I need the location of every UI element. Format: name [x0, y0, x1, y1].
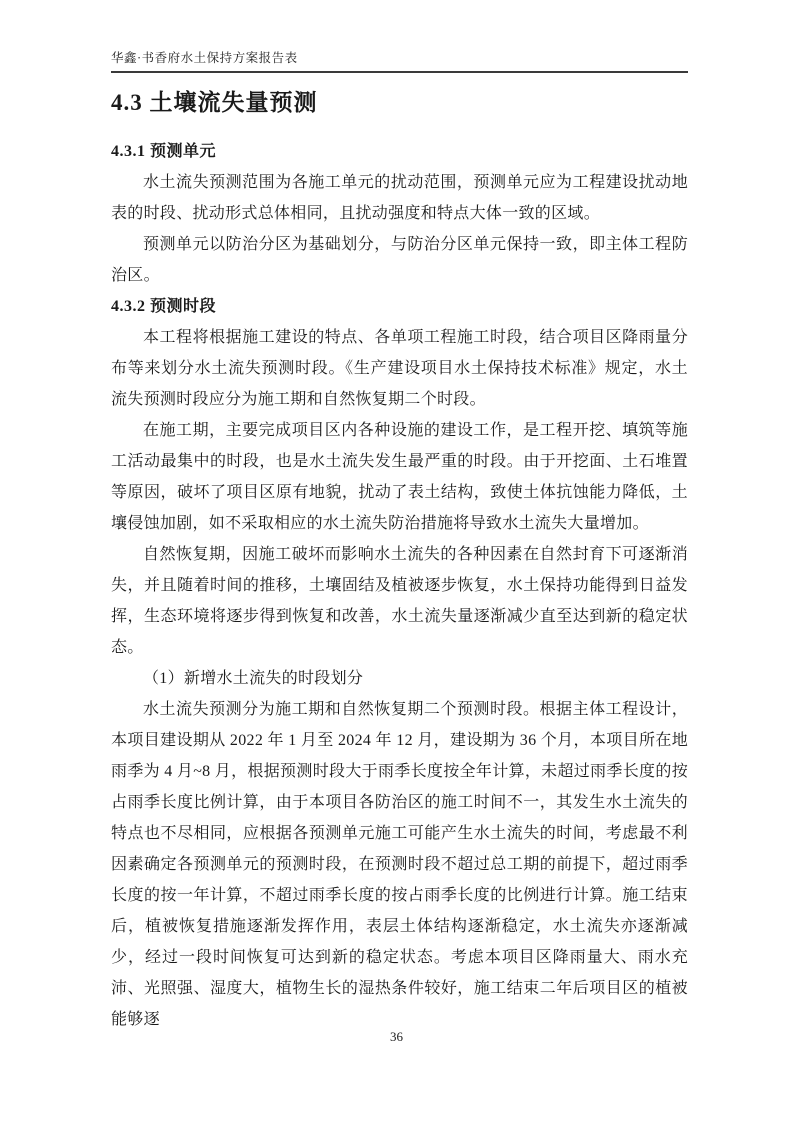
paragraph-period-standard: 本工程将根据施工建设的特点、各单项工程施工时段，结合项目区降雨量分布等来划分水土…	[111, 322, 688, 415]
page-header: 华鑫·书香府水土保持方案报告表	[111, 48, 688, 73]
paragraph-prediction-scope: 水土流失预测范围为各施工单元的扰动范围，预测单元应为工程建设扰动地表的时段、扰动…	[111, 167, 688, 229]
section-heading-4-3-2: 4.3.2 预测时段	[111, 291, 688, 322]
paragraph-period-division-detail: 水土流失预测分为施工期和自然恢复期二个预测时段。根据主体工程设计，本项目建设期从…	[111, 694, 688, 1035]
running-header-text: 华鑫·书香府水土保持方案报告表	[111, 48, 688, 66]
subitem-label-period-division: （1）新增水土流失的时段划分	[111, 663, 688, 694]
paragraph-natural-recovery-period: 自然恢复期，因施工破坏而影响水土流失的各种因素在自然封育下可逐渐消失，并且随着时…	[111, 539, 688, 663]
page-footer: 36	[0, 1028, 793, 1046]
document-content: 4.3 土壤流失量预测 4.3.1 预测单元 水土流失预测范围为各施工单元的扰动…	[111, 86, 688, 1035]
section-heading-4-3-1: 4.3.1 预测单元	[111, 136, 688, 167]
page-number: 36	[390, 1029, 403, 1044]
chapter-title: 4.3 土壤流失量预测	[111, 86, 688, 120]
paragraph-construction-period: 在施工期，主要完成项目区内各种设施的建设工作，是工程开挖、填筑等施工活动最集中的…	[111, 415, 688, 539]
document-page: 华鑫·书香府水土保持方案报告表 4.3 土壤流失量预测 4.3.1 预测单元 水…	[0, 0, 793, 1122]
paragraph-prediction-unit-division: 预测单元以防治分区为基础划分，与防治分区单元保持一致，即主体工程防治区。	[111, 229, 688, 291]
